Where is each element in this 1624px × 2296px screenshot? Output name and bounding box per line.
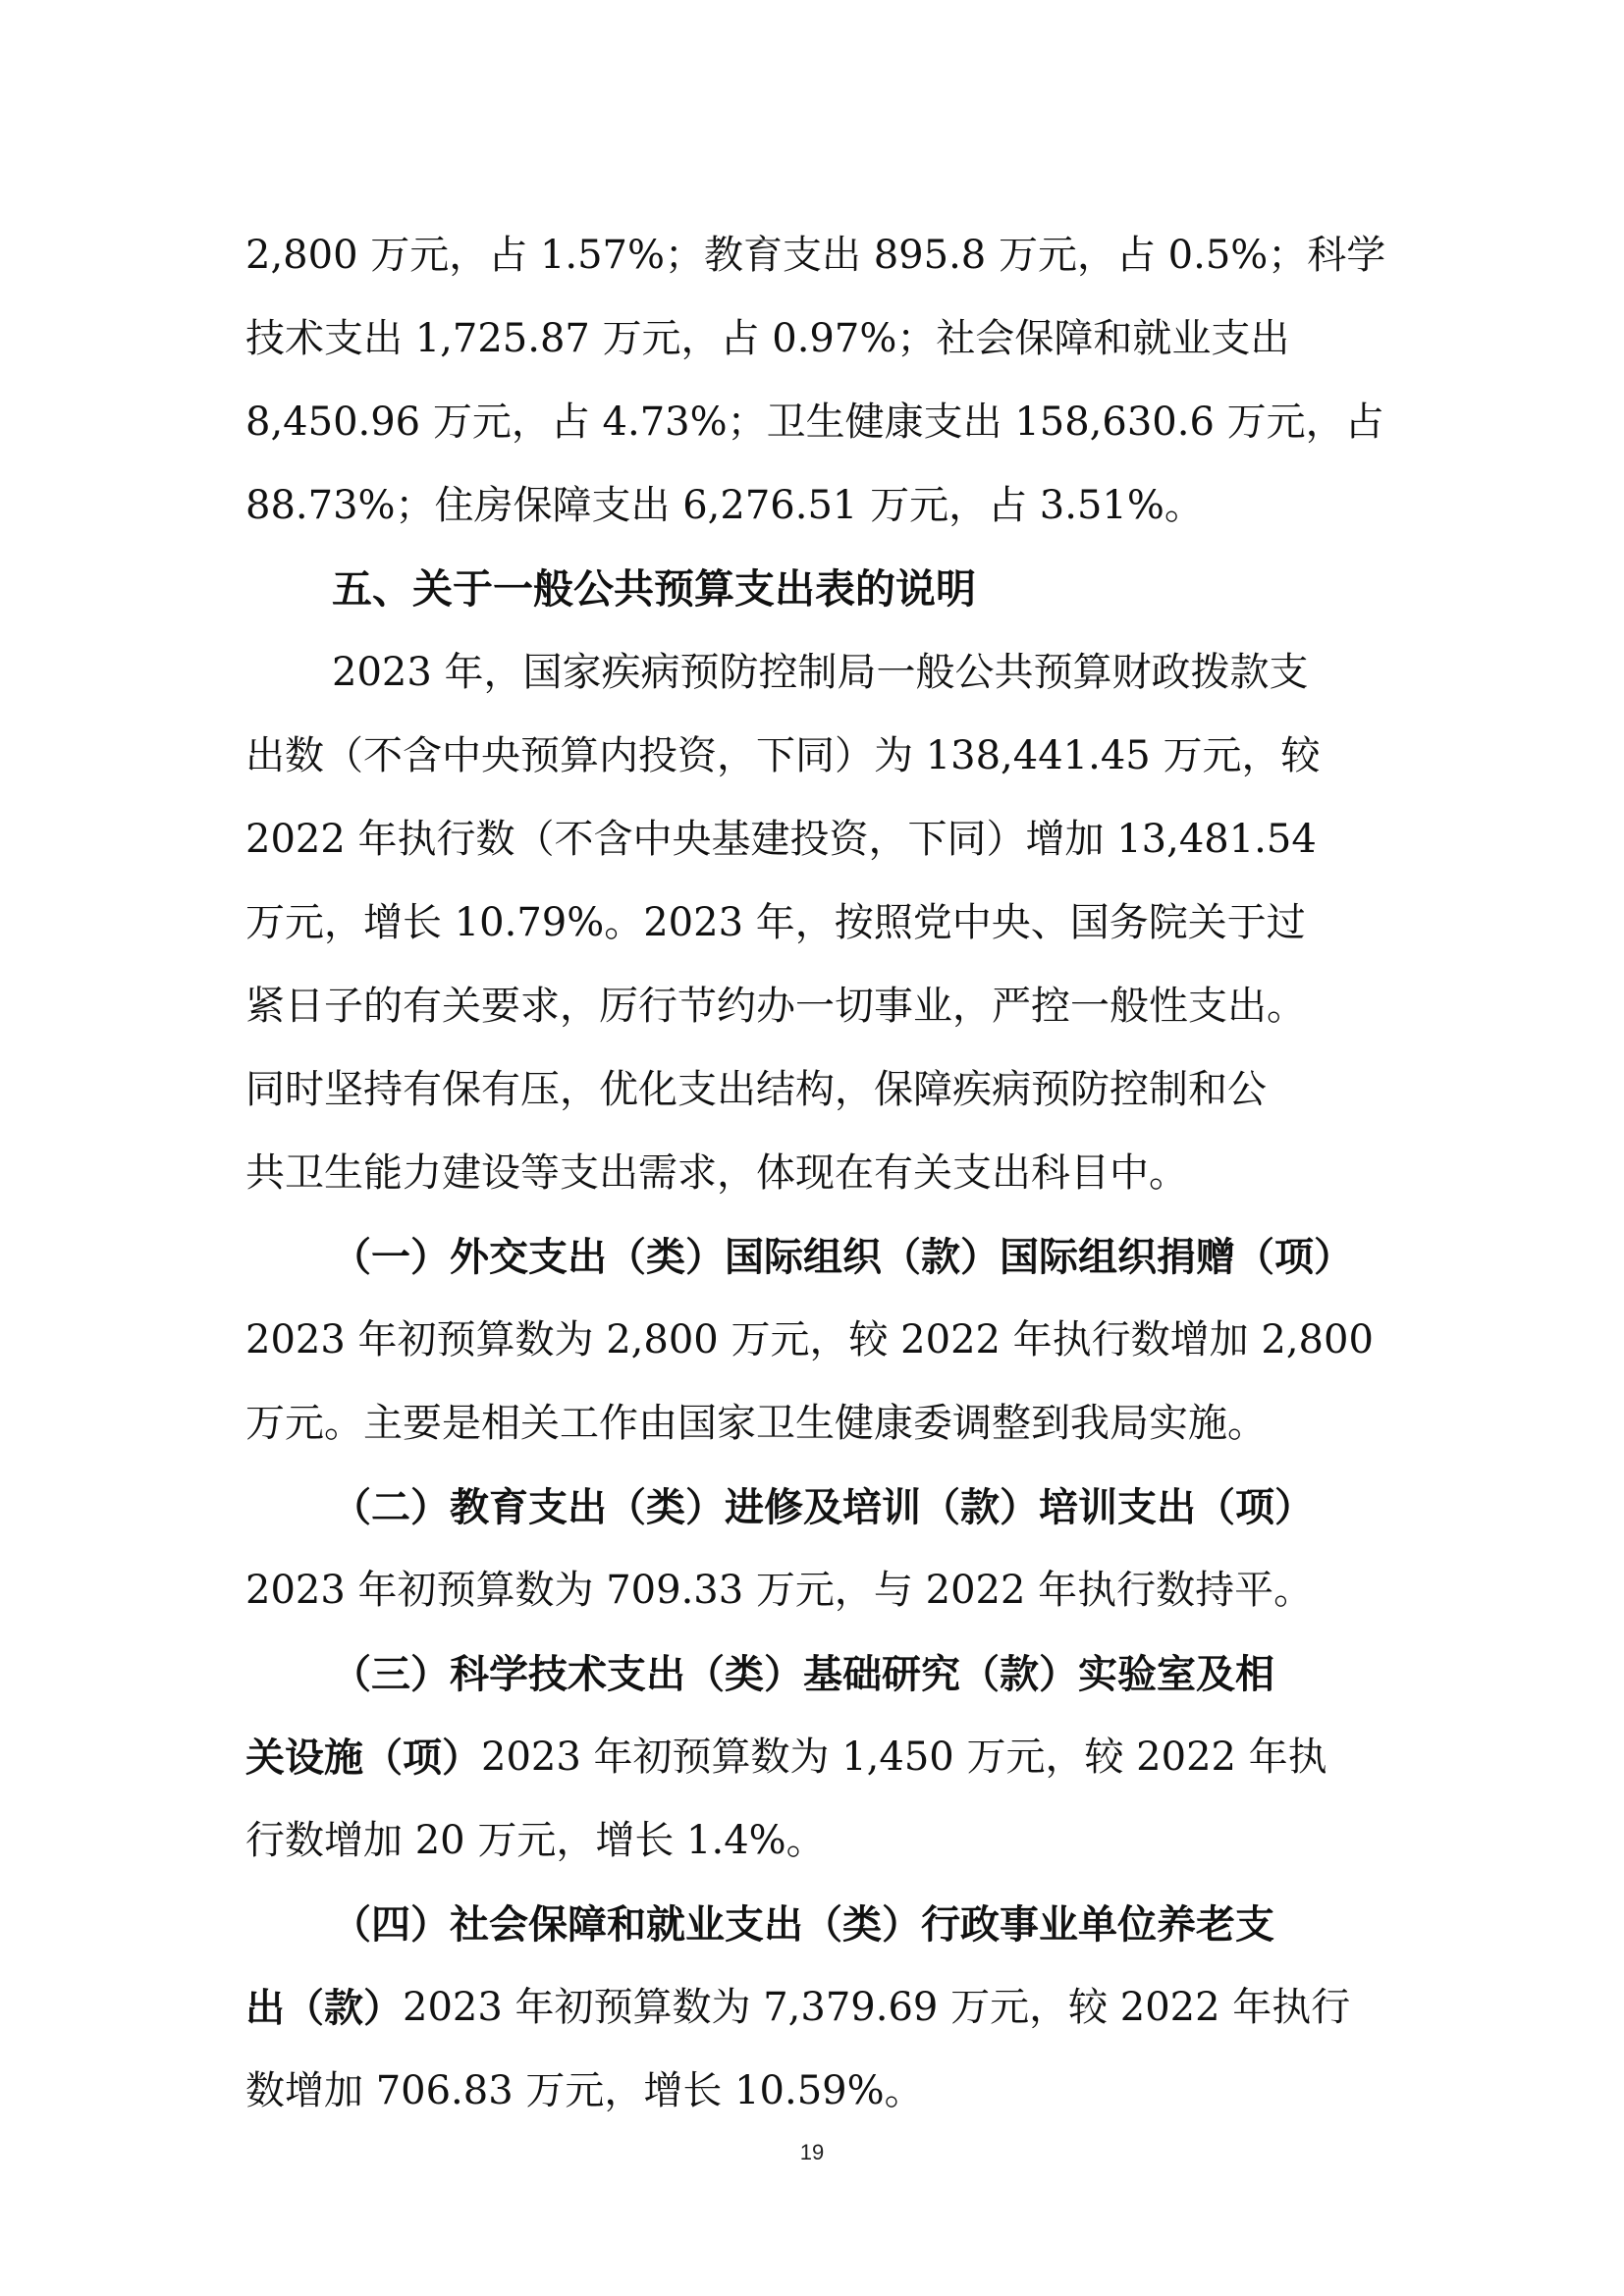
text-line: 关设施（项）2023 年初预算数为 1,450 万元，较 2022 年执 (245, 1716, 1386, 1799)
paragraph-section-summary: 2023 年，国家疾病预防控制局一般公共预算财政拨款支 出数（不含中央预算内投资… (245, 631, 1386, 1215)
text-line: 出数（不含中央预算内投资，下同）为 138,441.45 万元，较 (245, 715, 1386, 798)
page-number: 19 (0, 2140, 1624, 2165)
text-line: 2023 年初预算数为 2,800 万元，较 2022 年执行数增加 2,800 (245, 1299, 1386, 1382)
text-line: 8,450.96 万元，占 4.73%；卫生健康支出 158,630.6 万元，… (245, 381, 1386, 464)
text-line: 数增加 706.83 万元，增长 10.59%。 (245, 2050, 1386, 2133)
text-line: 88.73%；住房保障支出 6,276.51 万元，占 3.51%。 (245, 464, 1386, 548)
text-column: 2,800 万元，占 1.57%；教育支出 895.8 万元，占 0.5%；科学… (245, 214, 1386, 2133)
text-line: 紧日子的有关要求，厉行节约办一切事业，严控一般性支出。 (245, 965, 1386, 1048)
paragraph-intro-continuation: 2,800 万元，占 1.57%；教育支出 895.8 万元，占 0.5%；科学… (245, 214, 1386, 548)
text-line: 2,800 万元，占 1.57%；教育支出 895.8 万元，占 0.5%；科学 (245, 214, 1386, 297)
text-line: 技术支出 1,725.87 万元，占 0.97%；社会保障和就业支出 (245, 297, 1386, 381)
text-line: 万元。主要是相关工作由国家卫生健康委调整到我局实施。 (245, 1382, 1386, 1466)
item-science-technology: （三）科学技术支出（类）基础研究（款）实验室及相 关设施（项）2023 年初预算… (245, 1632, 1386, 1883)
item-foreign-affairs: （一）外交支出（类）国际组织（款）国际组织捐赠（项） 2023 年初预算数为 2… (245, 1215, 1386, 1466)
section-heading: 五、关于一般公共预算支出表的说明 (245, 548, 1386, 631)
item-title-continuation: 出（款） (245, 1966, 403, 2050)
text-line: 2022 年执行数（不含中央基建投资，下同）增加 13,481.54 (245, 798, 1386, 881)
item-social-security: （四）社会保障和就业支出（类）行政事业单位养老支 出（款）2023 年初预算数为… (245, 1883, 1386, 2133)
text-segment: 2023 年初预算数为 1,450 万元，较 2022 年执 (481, 1716, 1386, 1799)
item-title: （三）科学技术支出（类）基础研究（款）实验室及相 (245, 1632, 1386, 1716)
item-education: （二）教育支出（类）进修及培训（款）培训支出（项） 2023 年初预算数为 70… (245, 1466, 1386, 1632)
text-line: 同时坚持有保有压，优化支出结构，保障疾病预防控制和公 (245, 1048, 1386, 1132)
text-line: 行数增加 20 万元，增长 1.4%。 (245, 1799, 1386, 1883)
text-line: 2023 年，国家疾病预防控制局一般公共预算财政拨款支 (245, 631, 1386, 715)
text-line: 共卫生能力建设等支出需求，体现在有关支出科目中。 (245, 1132, 1386, 1215)
item-title: （二）教育支出（类）进修及培训（款）培训支出（项） (245, 1466, 1386, 1549)
text-segment: 2023 年初预算数为 7,379.69 万元，较 2022 年执行 (403, 1966, 1386, 2050)
text-line: 万元，增长 10.79%。2023 年，按照党中央、国务院关于过 (245, 881, 1386, 965)
item-title-continuation: 关设施（项） (245, 1716, 481, 1799)
text-line: 2023 年初预算数为 709.33 万元，与 2022 年执行数持平。 (245, 1549, 1386, 1632)
document-page: 2,800 万元，占 1.57%；教育支出 895.8 万元，占 0.5%；科学… (0, 0, 1624, 2296)
item-title: （一）外交支出（类）国际组织（款）国际组织捐赠（项） (245, 1215, 1386, 1299)
text-line: 出（款）2023 年初预算数为 7,379.69 万元，较 2022 年执行 (245, 1966, 1386, 2050)
item-title: （四）社会保障和就业支出（类）行政事业单位养老支 (245, 1883, 1386, 1966)
